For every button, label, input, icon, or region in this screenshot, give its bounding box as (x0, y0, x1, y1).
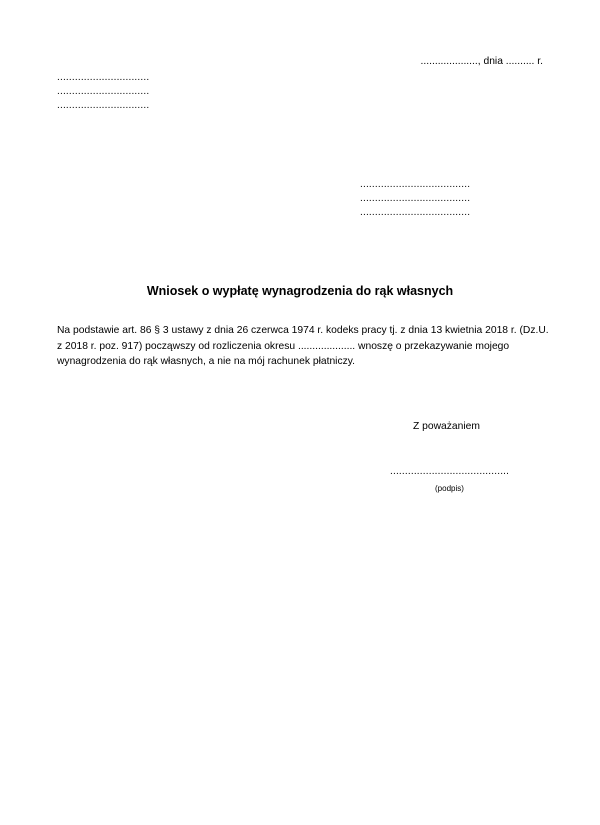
document-body: Na podstawie art. 86 § 3 ustawy z dnia 2… (57, 323, 547, 370)
body-line: Na podstawie art. 86 § 3 ustawy z dnia 2… (57, 323, 547, 339)
date-place-line: ...................., dnia .......... r. (421, 56, 543, 67)
recipient-line: ..................................... (360, 206, 470, 220)
sender-line: ............................... (57, 99, 149, 113)
signature-label: (podpis) (435, 484, 464, 493)
closing-salutation: Z poważaniem (413, 421, 480, 432)
sender-address-block: ............................... ........… (57, 71, 149, 113)
body-line: z 2018 r. poz. 917) począwszy od rozlicz… (57, 339, 547, 355)
body-line: wynagrodzenia do rąk własnych, a nie na … (57, 354, 547, 370)
sender-line: ............................... (57, 71, 149, 85)
recipient-address-block: ..................................... ..… (360, 178, 470, 220)
signature-line: ........................................ (390, 466, 509, 477)
document-title: Wniosek o wypłatę wynagrodzenia do rąk w… (0, 284, 600, 298)
recipient-line: ..................................... (360, 192, 470, 206)
recipient-line: ..................................... (360, 178, 470, 192)
sender-line: ............................... (57, 85, 149, 99)
